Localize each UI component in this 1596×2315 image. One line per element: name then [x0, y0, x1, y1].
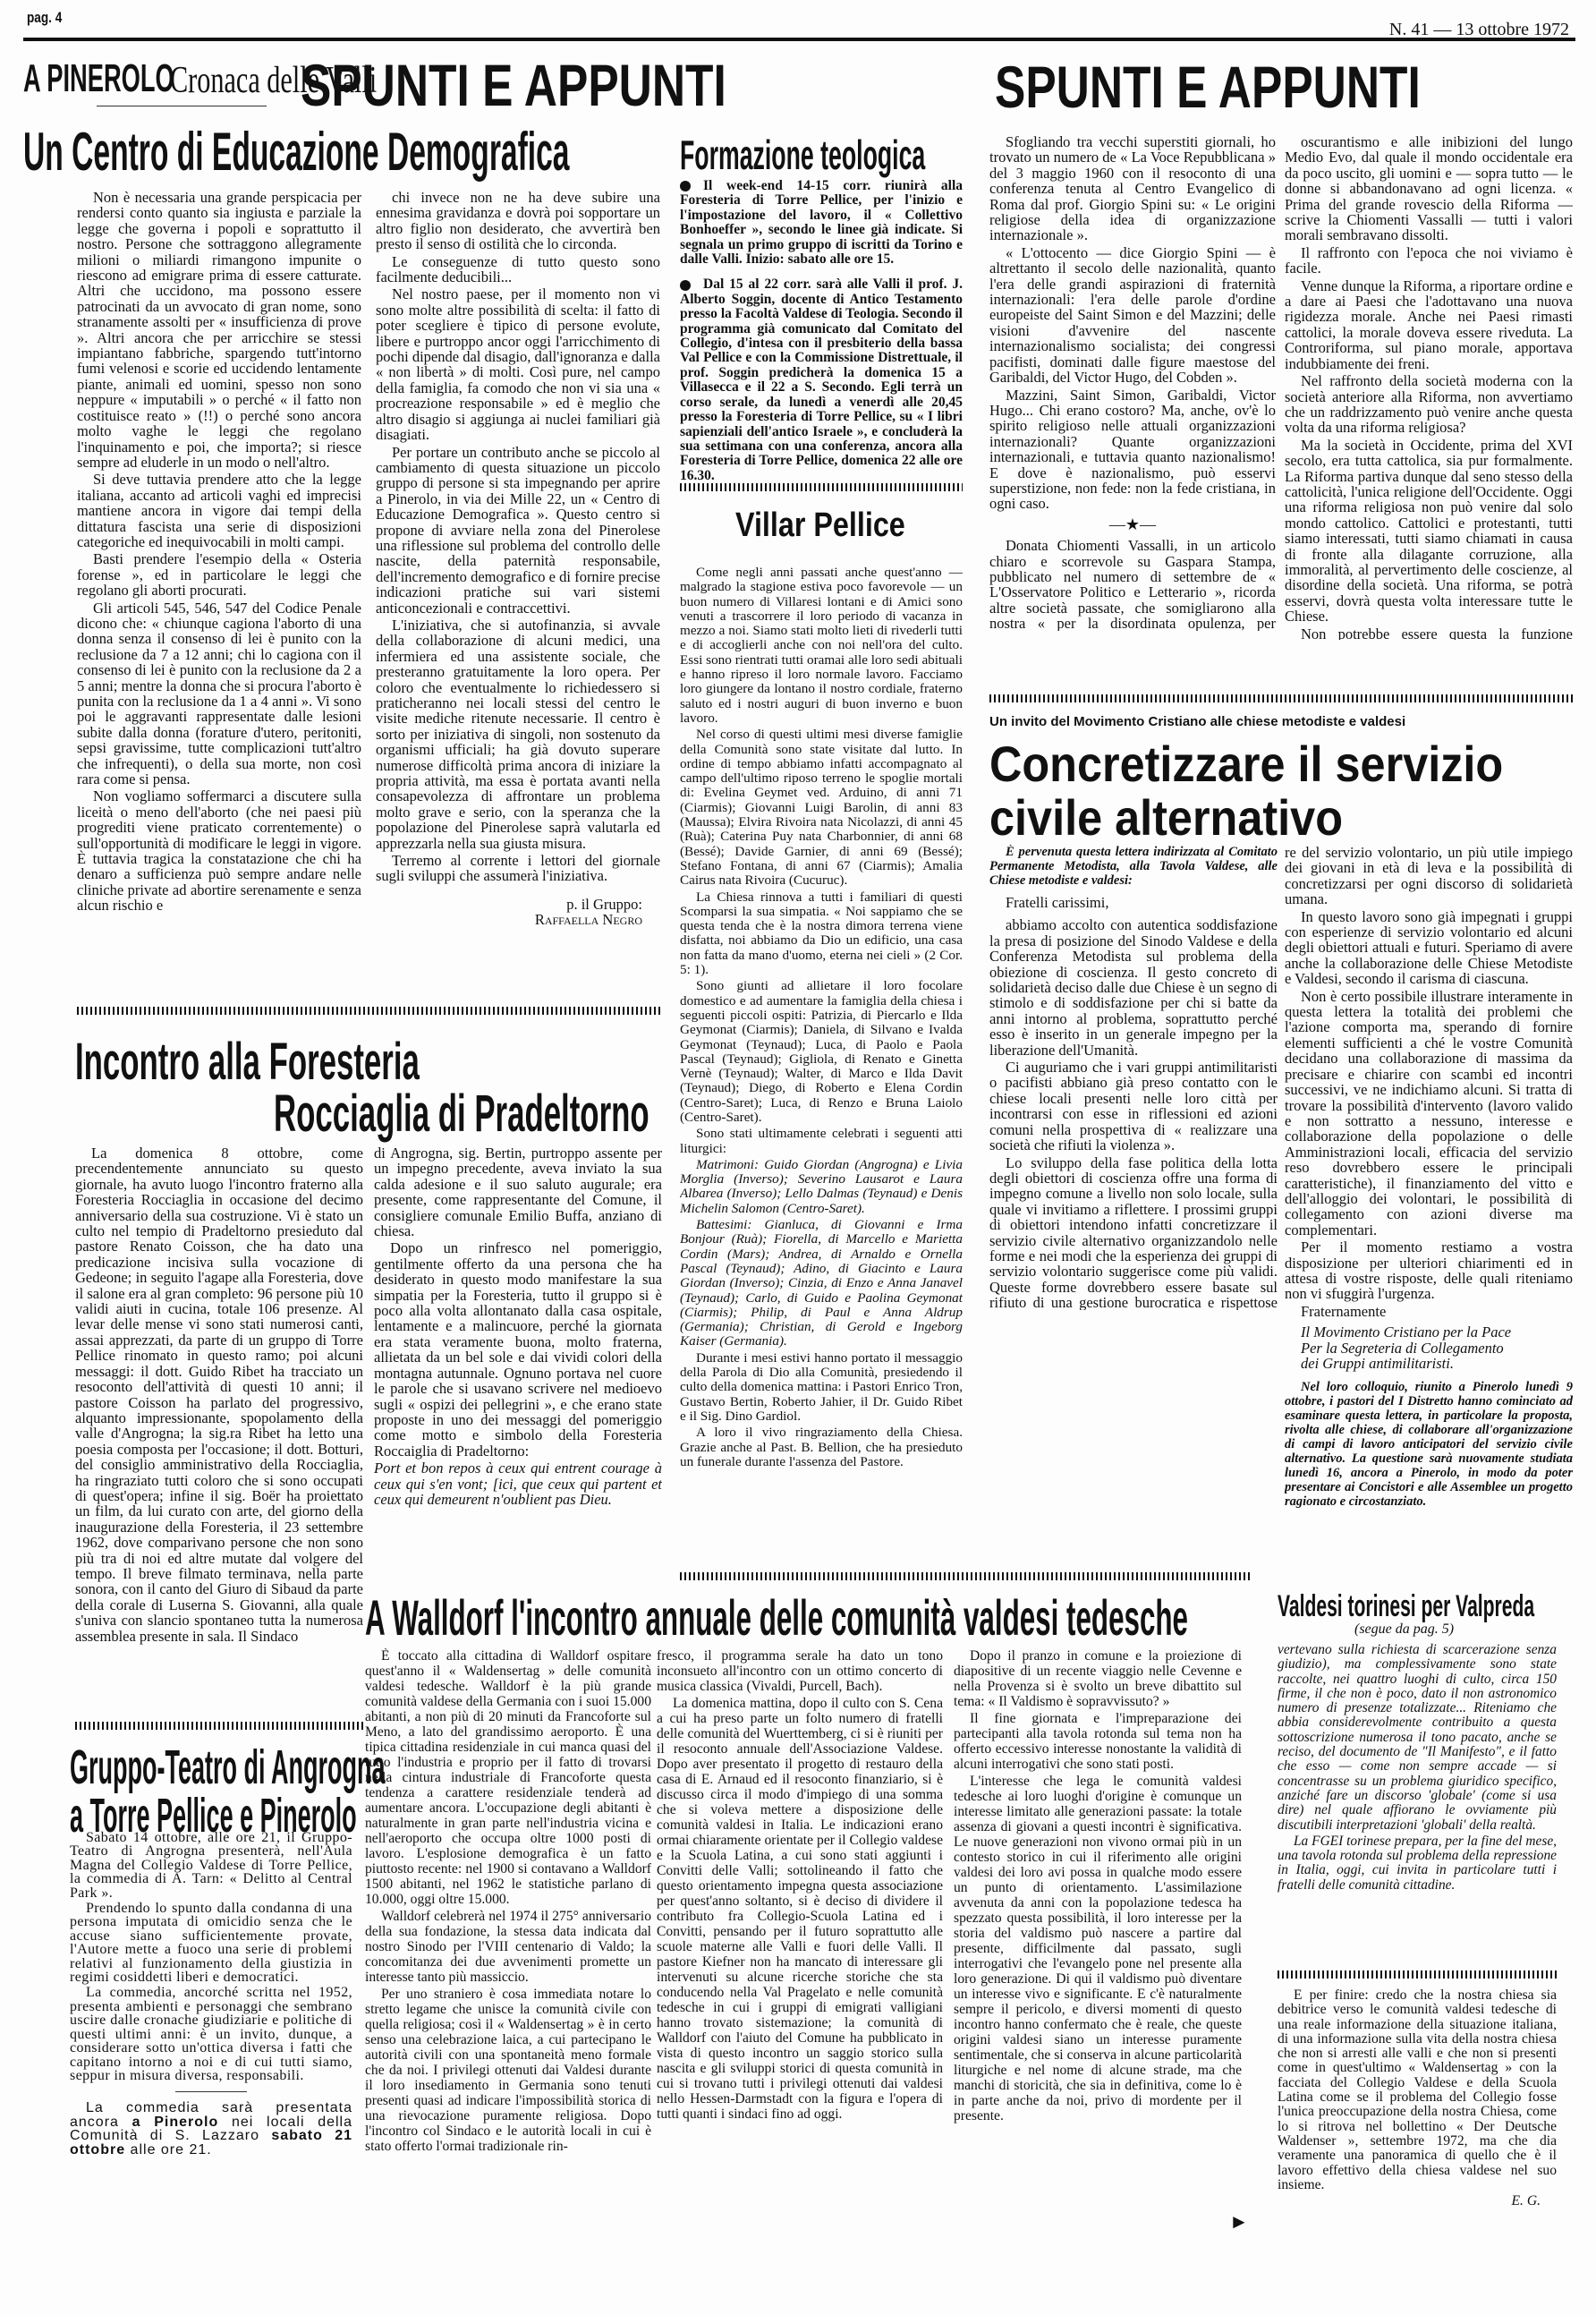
article-servizio-col1: È pervenuta questa lettera indirizzata a…	[989, 845, 1278, 1310]
article-incontro-col1: La domenica 8 ottobre, come precendentem…	[75, 1145, 363, 1673]
section-divider	[75, 1722, 363, 1730]
signature-author: E. G.	[1278, 2194, 1557, 2209]
section-title-spunti: SPUNTI E APPUNTI	[301, 55, 846, 115]
article-walldorf-col3: Dopo il pranzo in comune e la proiezione…	[954, 1648, 1242, 2185]
continue-arrow-icon: ►	[1229, 2210, 1249, 2234]
star-separator: —★—	[989, 517, 1276, 532]
article-centro-col2: chi invece non ne ha deve subire una enn…	[376, 190, 660, 1085]
signatory: Il Movimento Cristiano per la Pace Per l…	[1285, 1324, 1573, 1371]
continuation-note: (segue da pag. 5)	[1354, 1621, 1454, 1638]
teatro-note: La commedia sarà presentata ancora a Pin…	[70, 2101, 352, 2157]
page-number: pag. 4	[27, 9, 62, 27]
article-walldorf-col2: fresco, il programma serale ha dato un t…	[657, 1648, 943, 2293]
kicker-movimento-cristiano: Un invito del Movimento Cristiano alle c…	[989, 714, 1405, 729]
article-valpreda-body: vertevano sulla richiesta di scarcerazio…	[1278, 1643, 1557, 1894]
headline-incontro-foresteria: Incontro alla Foresteria Rocciaglia di P…	[75, 1036, 899, 1140]
article-incontro-col2: di Angrogna, sig. Bertin, purtroppo asse…	[374, 1145, 662, 1566]
short-divider	[175, 2091, 247, 2092]
section-title-spunti-right: SPUNTI E APPUNTI	[995, 57, 1541, 116]
headline-servizio-civile: Concretizzare il servizio civile alterna…	[989, 739, 1560, 843]
bullet-icon	[680, 181, 691, 191]
signature-group: p. il Gruppo:	[376, 897, 660, 912]
article-formazione-body: Il week-end 14-15 corr. riunirà alla For…	[680, 179, 963, 485]
article-walldorf-col1: È toccato alla cittadina di Walldorf osp…	[365, 1648, 651, 2293]
article-centro-col1: Non è necessaria una grande perspicacia …	[77, 190, 361, 1085]
headline-valpreda: Valdesi torinesi per Valpreda	[1278, 1591, 1596, 1621]
bullet-icon	[680, 280, 691, 291]
headline-villar-pellice: Villar Pellice	[735, 508, 935, 542]
article-per-finire: E per finire: credo che la nostra chiesa…	[1278, 1988, 1557, 2209]
section-divider	[989, 694, 1573, 702]
section-divider	[1278, 1970, 1557, 1979]
signature-author: Raffaella Negro	[376, 912, 660, 927]
section-divider	[680, 483, 963, 491]
article-servizio-col2: re del servizio volontario, un più utile…	[1285, 845, 1573, 1543]
article-spunti-col2: oscurantismo e alle inibizioni del lungo…	[1285, 134, 1573, 640]
article-teatro-body: Sabato 14 ottobre, alle ore 21, il Grupp…	[70, 1831, 352, 2158]
section-divider	[77, 1007, 660, 1015]
masthead-rule	[23, 38, 1575, 41]
article-spunti-col1: Sfogliando tra vecchi superstiti giornal…	[989, 134, 1276, 631]
section-divider	[680, 1572, 1252, 1580]
